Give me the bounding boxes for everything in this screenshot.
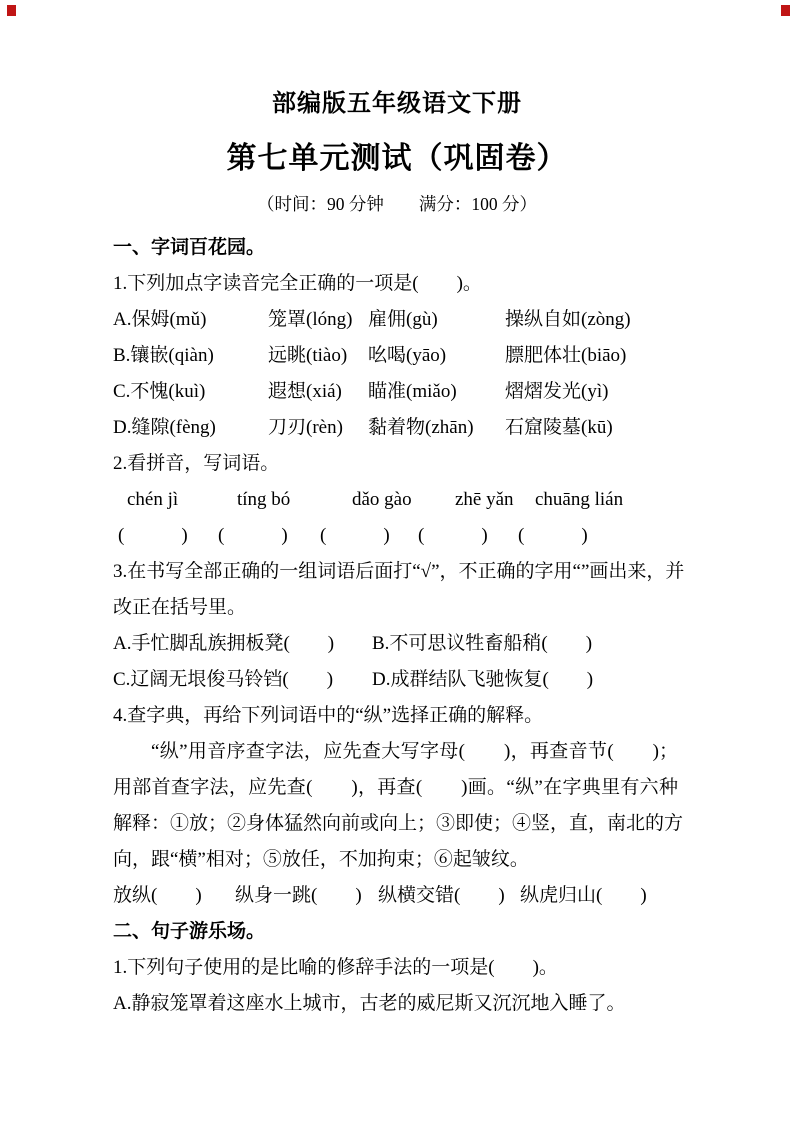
q1-cell: 笼罩(lóng) — [268, 302, 352, 338]
q1-cell: A.保姆(mǔ) — [113, 302, 206, 338]
answer-blank: ( ) — [518, 518, 588, 554]
q2-answer-blanks-row: ( ) ( ) ( ) ( ) ( ) — [113, 518, 678, 554]
q4-word: 纵横交错( ) — [378, 878, 505, 914]
q1-option-row-d: D.缝隙(fèng) 刀刃(rèn) 黏着物(zhān) 石窟陵墓(kū) — [113, 410, 678, 446]
s2-q1-prompt: 1.下列句子使用的是比喻的修辞手法的一项是( )。 — [113, 950, 678, 986]
q4-words-row: 放纵( ) 纵身一跳( ) 纵横交错( ) 纵虎归山( ) — [113, 878, 678, 914]
answer-blank: ( ) — [218, 518, 288, 554]
q1-option-row-a: A.保姆(mǔ) 笼罩(lóng) 雇佣(gù) 操纵自如(zòng) — [113, 302, 678, 338]
q4-body-line: 解释：①放；②身体猛然向前或向上；③即使；④竖，直，南北的方 — [113, 806, 678, 842]
q1-cell: 操纵自如(zòng) — [505, 302, 631, 338]
q2-pinyin-row: chén jì tíng bó dǎo gào zhē yǎn chuāng l… — [113, 482, 678, 518]
s2-option-a: A.静寂笼罩着这座水上城市，古老的威尼斯又沉沉地入睡了。 — [113, 986, 678, 1022]
section-one-heading: 一、字词百花园。 — [113, 230, 678, 266]
page-title: 第七单元测试（巩固卷） — [0, 141, 794, 177]
q1-cell: 遐想(xiá) — [268, 374, 342, 410]
q4-body-line: “纵”用音序查字法，应先查大写字母( )，再查音节( )； — [113, 734, 678, 770]
q4-word: 纵身一跳( ) — [235, 878, 362, 914]
pinyin-label: dǎo gào — [352, 482, 412, 518]
q4-prompt: 4.查字典，再给下列词语中的“纵”选择正确的解释。 — [113, 698, 678, 734]
q3-option: C.辽阔无垠俊马铃铛( ) — [113, 662, 333, 698]
q1-cell: 雇佣(gù) — [368, 302, 438, 338]
q1-cell: 吆喝(yāo) — [368, 338, 446, 374]
q3-prompt-line2: 改正在括号里。 — [113, 590, 678, 626]
q1-cell: 膘肥体壮(biāo) — [505, 338, 626, 374]
q3-prompt-line1: 3.在书写全部正确的一组词语后面打“√”，不正确的字用“”画出来，并 — [113, 554, 678, 590]
q1-cell: 黏着物(zhān) — [368, 410, 474, 446]
answer-blank: ( ) — [320, 518, 390, 554]
content: 一、字词百花园。 1.下列加点字读音完全正确的一项是( )。 A.保姆(mǔ) … — [113, 230, 678, 1022]
section-two-heading: 二、句子游乐场。 — [113, 914, 678, 950]
q1-cell: 石窟陵墓(kū) — [505, 410, 613, 446]
q4-body-line: 向，跟“横”相对；⑤放任，不加拘束；⑥起皱纹。 — [113, 842, 678, 878]
q4-word: 纵虎归山( ) — [520, 878, 647, 914]
corner-mark-left — [7, 5, 16, 16]
q1-cell: 刀刃(rèn) — [268, 410, 343, 446]
header: 部编版五年级语文下册 第七单元测试（巩固卷） （时间：90 分钟 满分：100 … — [0, 0, 794, 215]
series-title: 部编版五年级语文下册 — [0, 0, 794, 118]
pinyin-label: chén jì — [127, 482, 178, 518]
test-paper-page: 部编版五年级语文下册 第七单元测试（巩固卷） （时间：90 分钟 满分：100 … — [0, 0, 794, 1123]
q4-word: 放纵( ) — [113, 878, 202, 914]
q4-body-line: 用部首查字法，应先查( )，再查( )画。“纵”在字典里有六种 — [113, 770, 678, 806]
corner-mark-right — [781, 5, 790, 16]
q3-option: B.不可思议牲畜船稍( ) — [372, 626, 592, 662]
q1-cell: 熠熠发光(yì) — [505, 374, 608, 410]
q3-option: A.手忙脚乱族拥板凳( ) — [113, 626, 334, 662]
q1-cell: 瞄准(miǎo) — [368, 374, 457, 410]
q3-option-row-cd: C.辽阔无垠俊马铃铛( ) D.成群结队飞驰恢复( ) — [113, 662, 678, 698]
pinyin-label: tíng bó — [237, 482, 290, 518]
q1-prompt: 1.下列加点字读音完全正确的一项是( )。 — [113, 266, 678, 302]
q1-cell: D.缝隙(fèng) — [113, 410, 216, 446]
q2-prompt: 2.看拼音，写词语。 — [113, 446, 678, 482]
q1-cell: C.不愧(kuì) — [113, 374, 205, 410]
pinyin-label: chuāng lián — [535, 482, 623, 518]
pinyin-label: zhē yǎn — [455, 482, 514, 518]
q1-option-row-c: C.不愧(kuì) 遐想(xiá) 瞄准(miǎo) 熠熠发光(yì) — [113, 374, 678, 410]
answer-blank: ( ) — [118, 518, 188, 554]
q1-cell: B.镶嵌(qiàn) — [113, 338, 214, 374]
answer-blank: ( ) — [418, 518, 488, 554]
exam-meta: （时间：90 分钟 满分：100 分） — [0, 193, 794, 215]
q3-option: D.成群结队飞驰恢复( ) — [372, 662, 593, 698]
q3-option-row-ab: A.手忙脚乱族拥板凳( ) B.不可思议牲畜船稍( ) — [113, 626, 678, 662]
q1-option-row-b: B.镶嵌(qiàn) 远眺(tiào) 吆喝(yāo) 膘肥体壮(biāo) — [113, 338, 678, 374]
q1-cell: 远眺(tiào) — [268, 338, 347, 374]
